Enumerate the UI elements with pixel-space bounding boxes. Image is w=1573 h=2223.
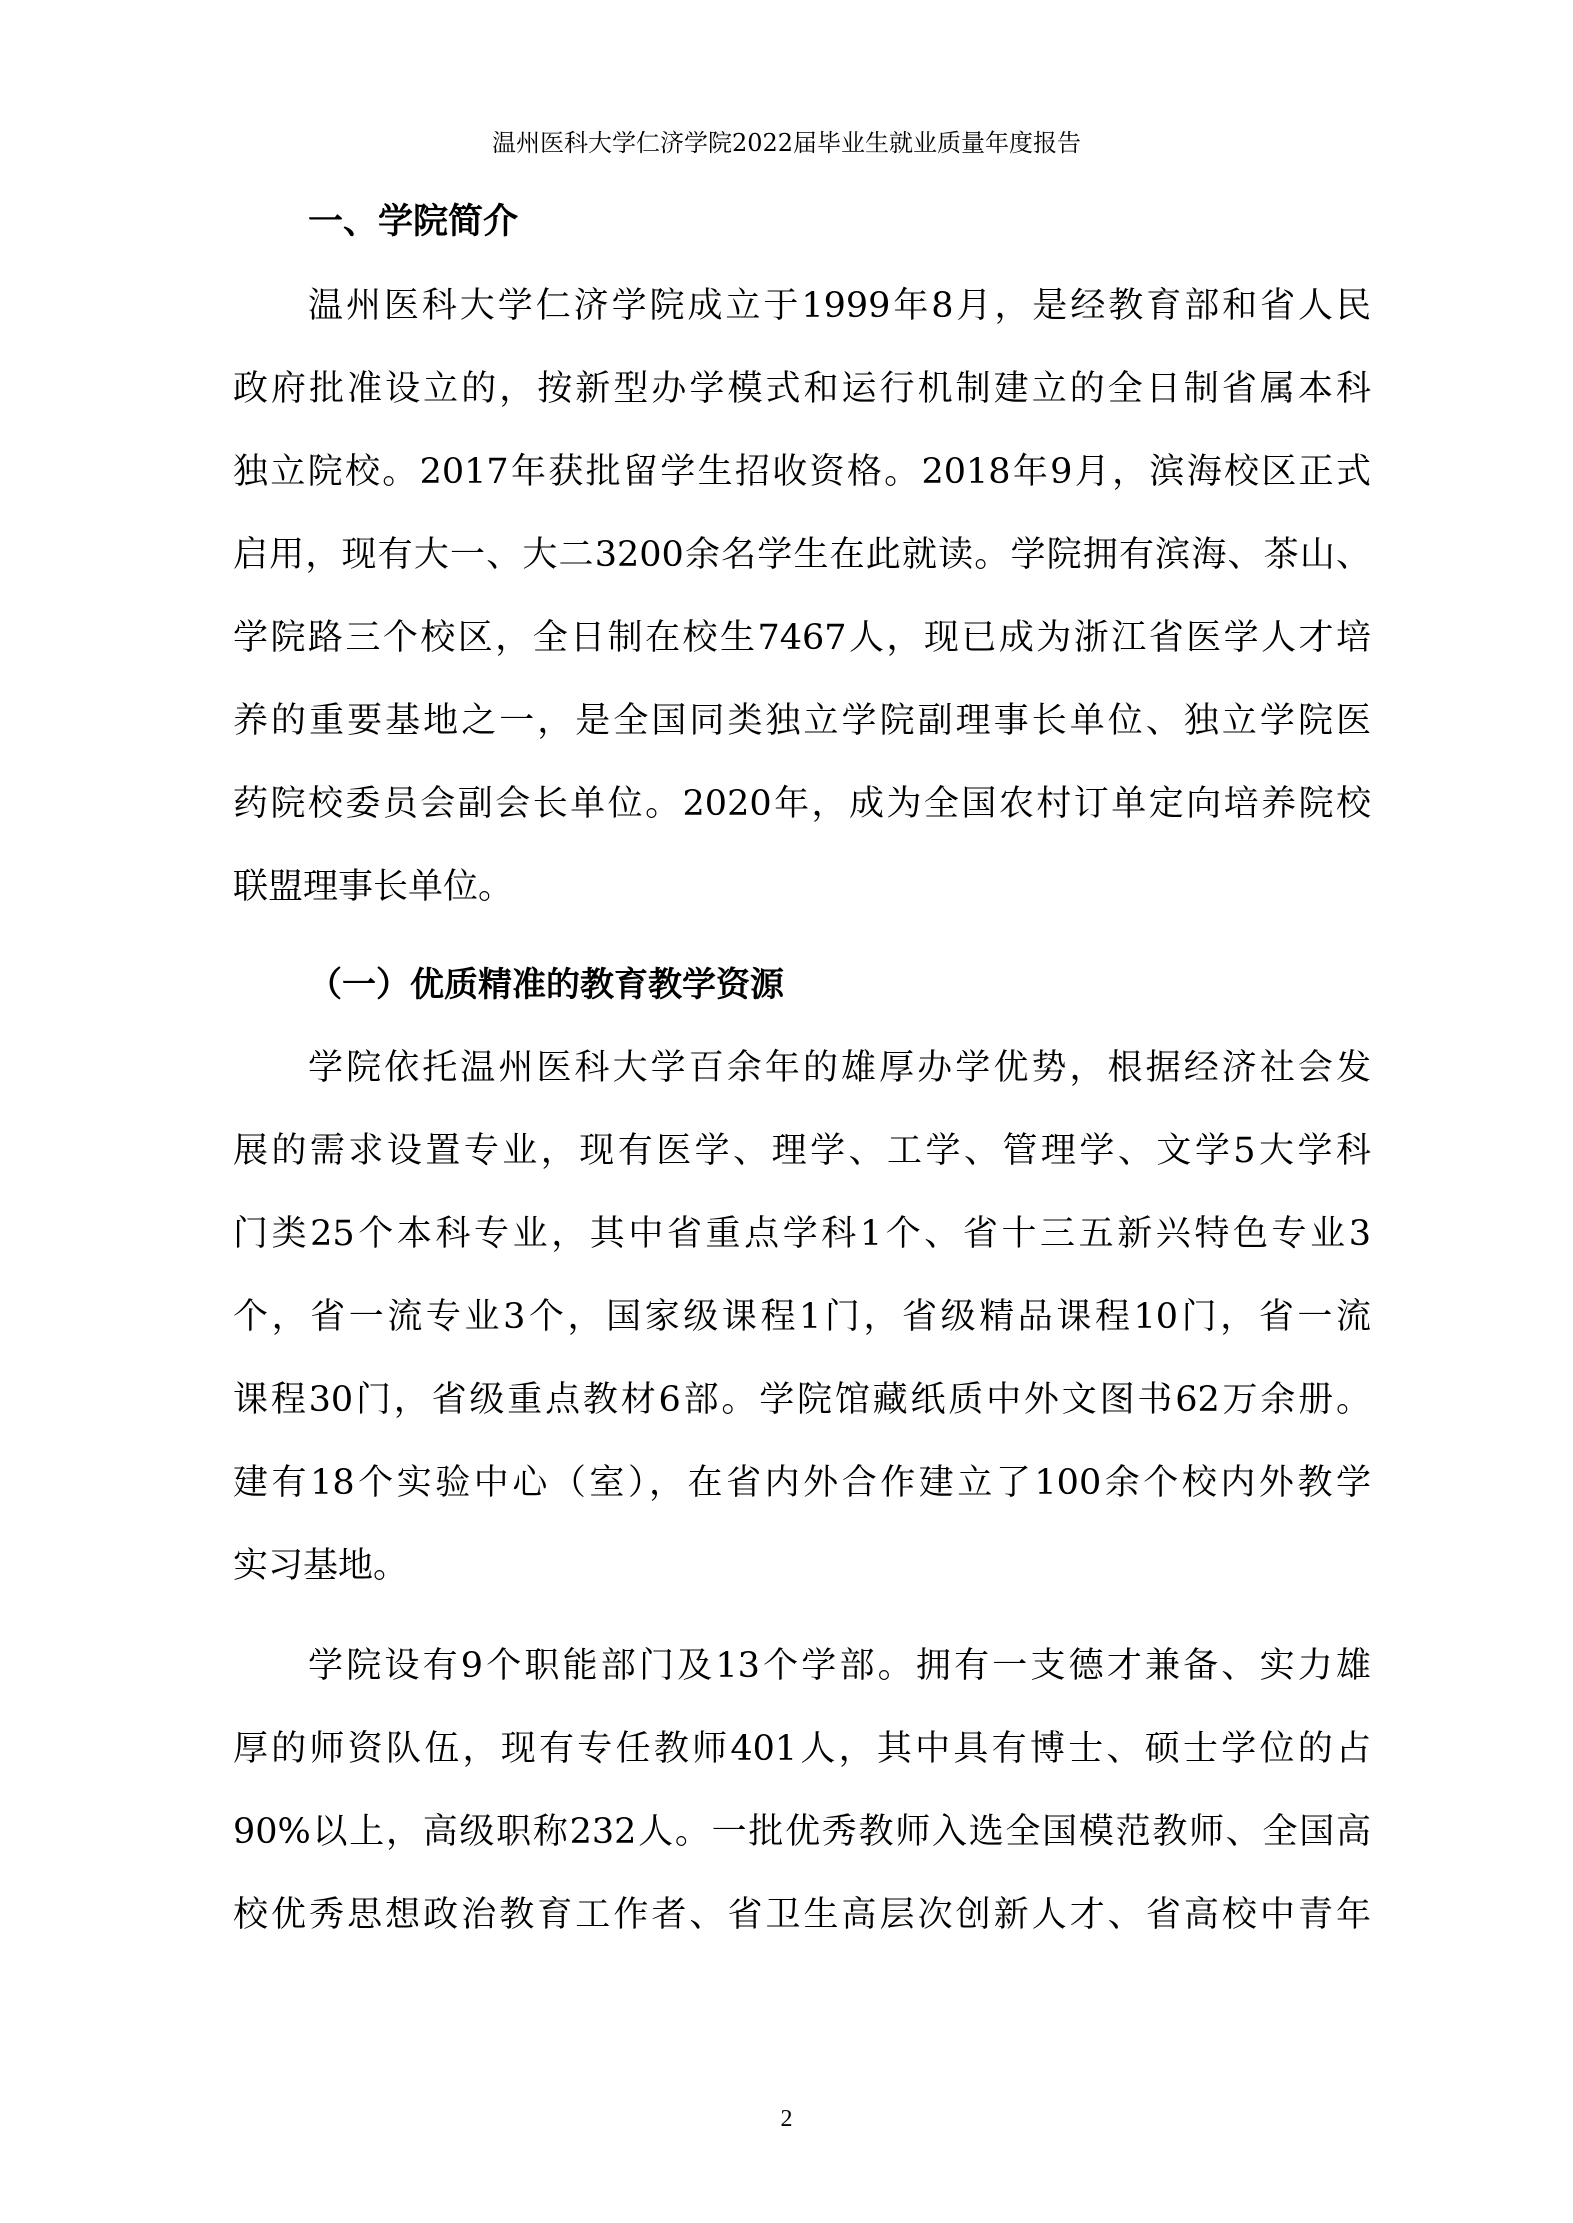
intro-paragraph-line: 药院校委员会副会长单位。2020年，成为全国农村订单定向培养院校	[233, 782, 1371, 826]
intro-paragraph-line: 学院路三个校区，全日制在校生7467人，现已成为浙江省医学人才培	[233, 616, 1371, 660]
section-heading: 一、学院简介	[308, 200, 518, 244]
intro-paragraph-line: 独立院校。2017年获批留学生招收资格。2018年9月，滨海校区正式	[233, 450, 1371, 494]
page-number: 2	[0, 2104, 1573, 2134]
resources-paragraph-line: 实习基地。	[233, 1544, 1371, 1588]
faculty-paragraph-line: 学院设有9个职能部门及13个学部。拥有一支德才兼备、实力雄	[308, 1644, 1371, 1688]
intro-paragraph-line: 联盟理事长单位。	[233, 865, 1371, 909]
resources-paragraph-line: 展的需求设置专业，现有医学、理学、工学、管理学、文学5大学科	[233, 1129, 1371, 1173]
running-header: 温州医科大学仁济学院2022届毕业生就业质量年度报告	[0, 128, 1573, 158]
resources-paragraph-line: 个，省一流专业3个，国家级课程1门，省级精品课程10门，省一流	[233, 1295, 1371, 1339]
faculty-paragraph-line: 校优秀思想政治教育工作者、省卫生高层次创新人才、省高校中青年	[233, 1893, 1371, 1937]
faculty-paragraph-line: 90%以上，高级职称232人。一批优秀教师入选全国模范教师、全国高	[233, 1810, 1371, 1854]
intro-paragraph-line: 温州医科大学仁济学院成立于1999年8月，是经教育部和省人民	[308, 284, 1371, 328]
faculty-paragraph-line: 厚的师资队伍，现有专任教师401人，其中具有博士、硕士学位的占	[233, 1727, 1371, 1771]
intro-paragraph-line: 政府批准设立的，按新型办学模式和运行机制建立的全日制省属本科	[233, 367, 1371, 411]
document-page: 温州医科大学仁济学院2022届毕业生就业质量年度报告 一、学院简介 温州医科大学…	[0, 0, 1573, 2223]
subsection-heading: （一）优质精准的教育教学资源	[308, 963, 784, 1007]
resources-paragraph-line: 课程30门，省级重点教材6部。学院馆藏纸质中外文图书62万余册。	[233, 1378, 1371, 1422]
resources-paragraph-line: 门类25个本科专业，其中省重点学科1个、省十三五新兴特色专业3	[233, 1212, 1371, 1256]
intro-paragraph-line: 启用，现有大一、大二3200余名学生在此就读。学院拥有滨海、茶山、	[233, 533, 1371, 577]
intro-paragraph-line: 养的重要基地之一，是全国同类独立学院副理事长单位、独立学院医	[233, 699, 1371, 743]
resources-paragraph-line: 学院依托温州医科大学百余年的雄厚办学优势，根据经济社会发	[308, 1046, 1371, 1090]
resources-paragraph-line: 建有18个实验中心（室），在省内外合作建立了100余个校内外教学	[233, 1461, 1371, 1505]
